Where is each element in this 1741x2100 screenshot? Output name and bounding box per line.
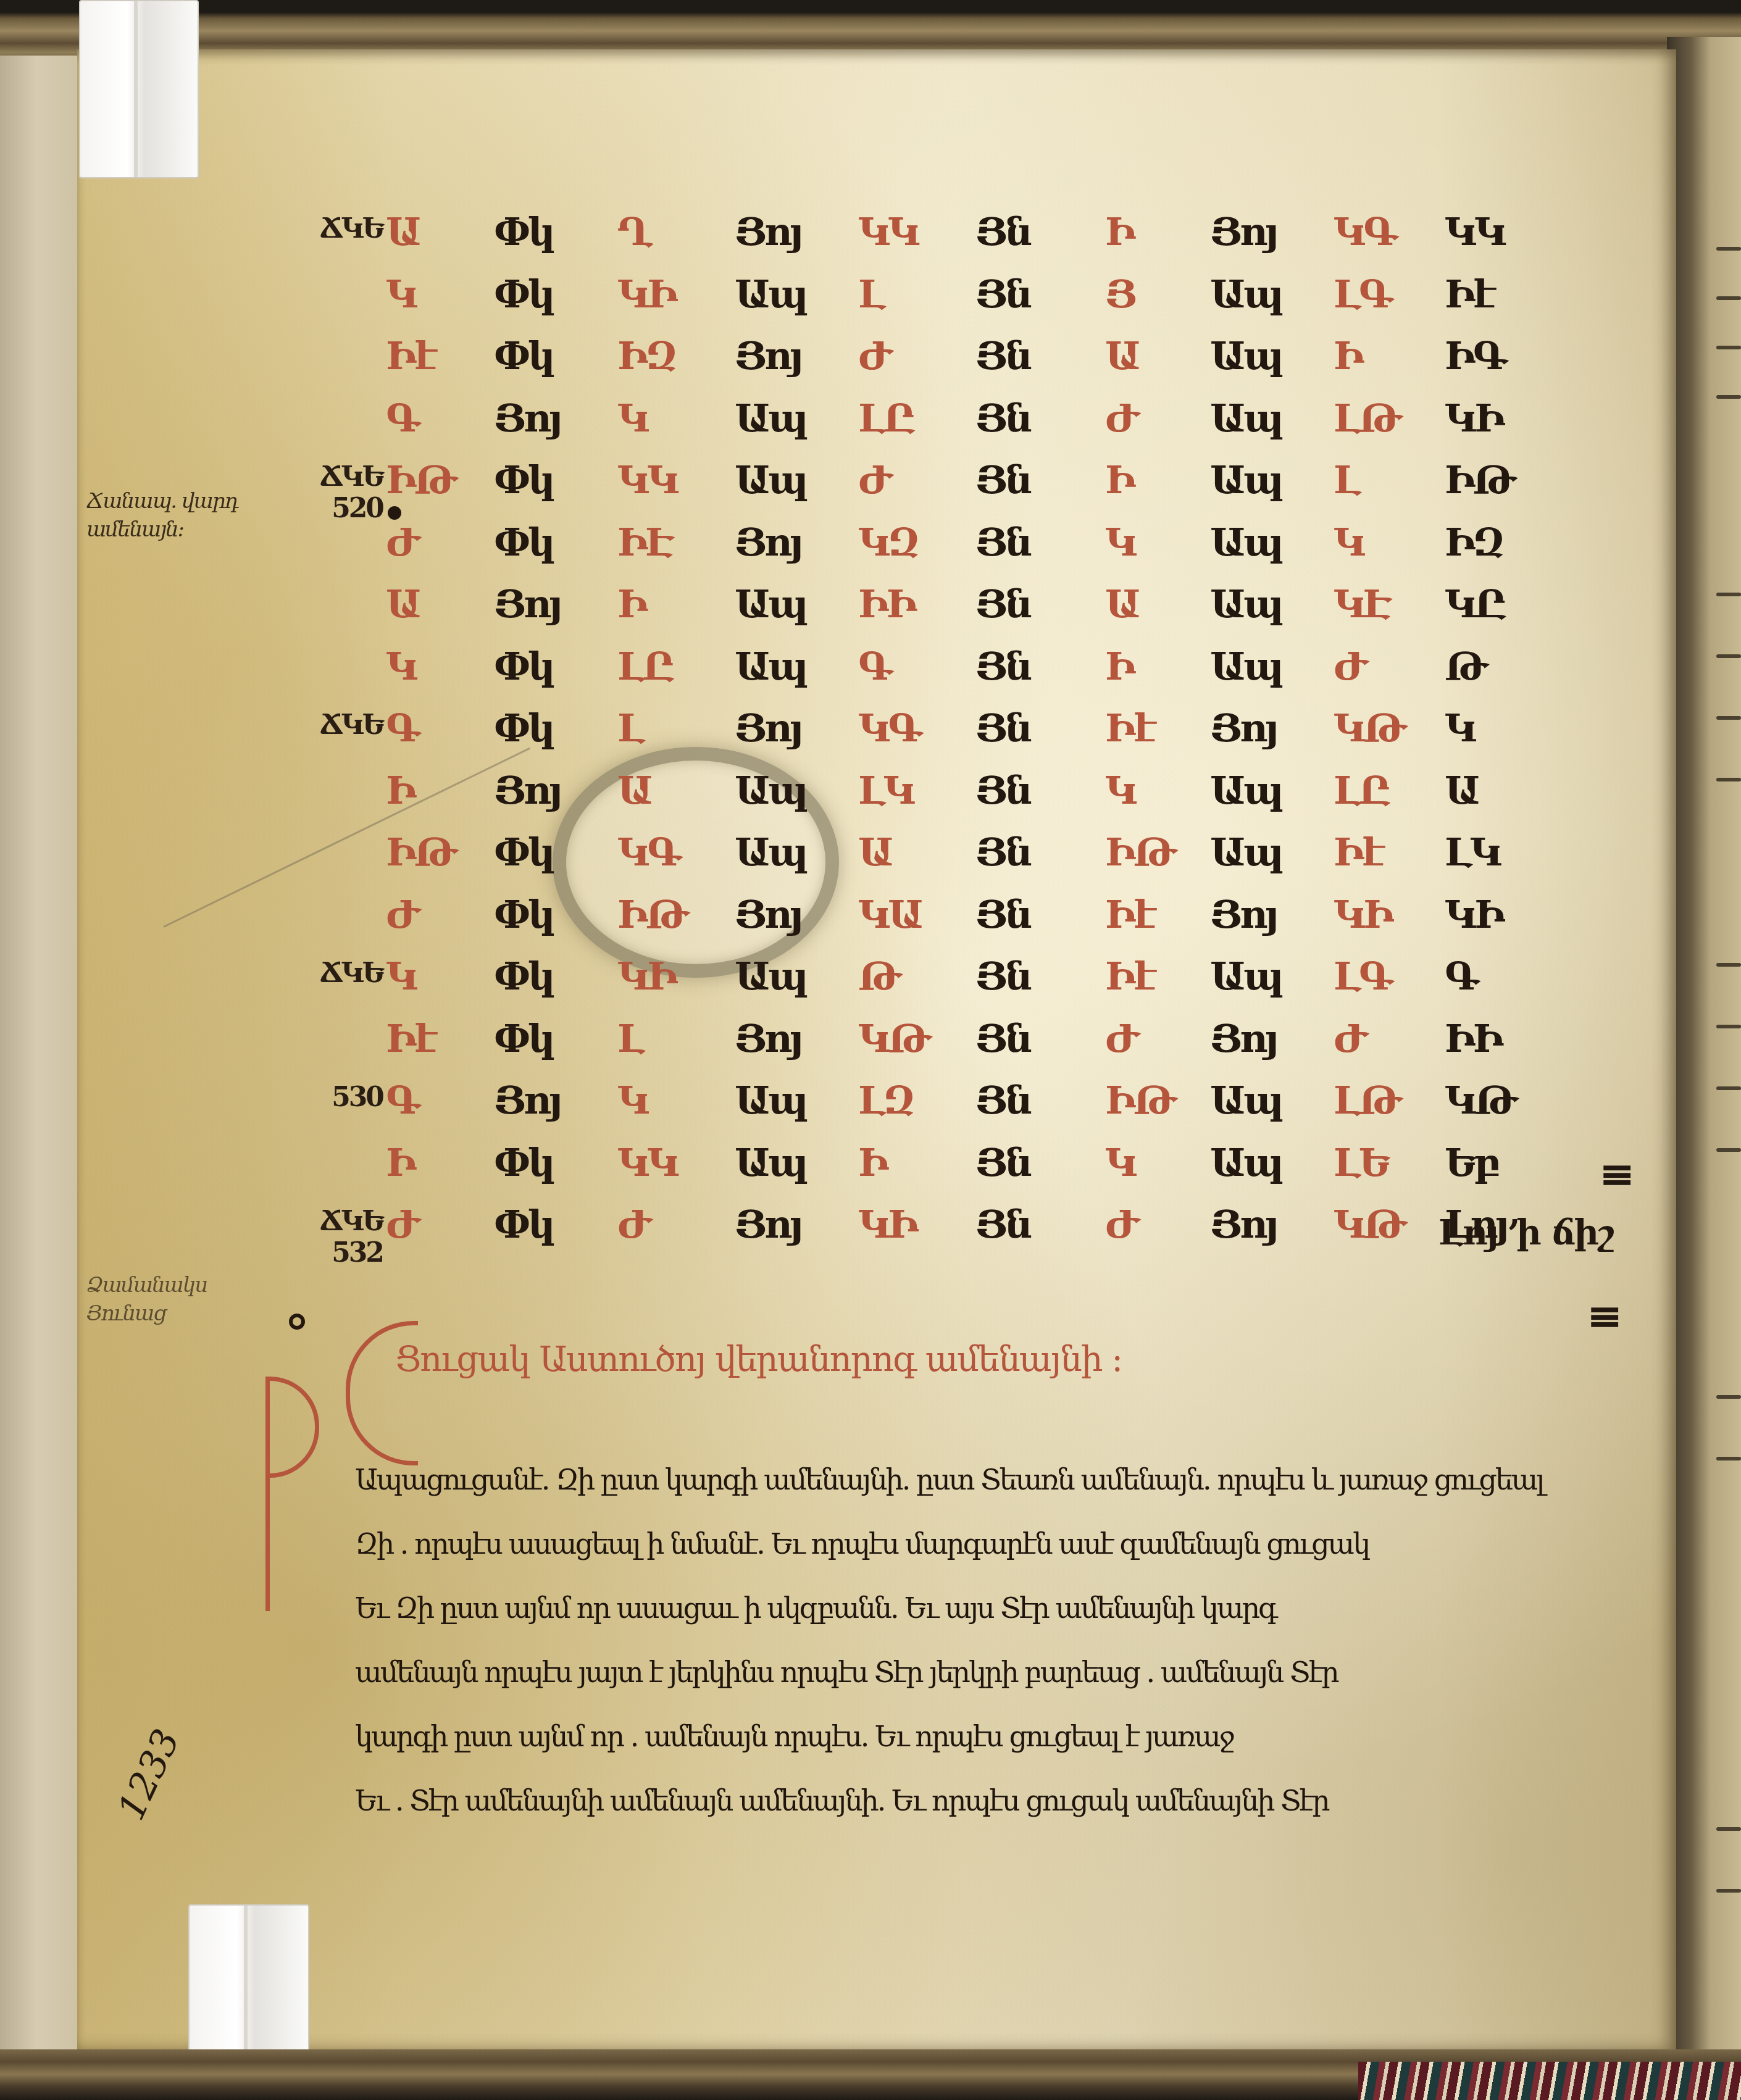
table-cell: ԼԸ bbox=[858, 399, 912, 438]
table-cell: Յոյ bbox=[494, 585, 561, 623]
table-cell: Ի bbox=[386, 772, 414, 810]
table-cell: Թ bbox=[1445, 648, 1485, 686]
table-cell: Ապ bbox=[735, 585, 806, 623]
table-cell: Փկ bbox=[494, 1206, 553, 1244]
table-cell: Կ bbox=[1334, 523, 1363, 562]
table-cell: Ապ bbox=[1210, 1081, 1282, 1120]
table-cell: ԼԿ bbox=[858, 772, 913, 810]
table-cell: Ի bbox=[1334, 337, 1362, 375]
table-cell: ԻԹ bbox=[1105, 833, 1174, 872]
adjacent-left-page bbox=[0, 56, 77, 2056]
row-label: ՃԿԵ 520 bbox=[272, 461, 383, 524]
table-cell: Լ bbox=[1334, 461, 1359, 499]
table-cell: Փկ bbox=[494, 275, 553, 314]
table-cell: ԿԳ bbox=[858, 709, 920, 748]
table-cell: Ժ bbox=[1105, 1020, 1137, 1058]
table-cell: ԻԻ bbox=[1445, 1020, 1501, 1058]
table-cell: Ապ bbox=[735, 461, 806, 499]
table-cell: ԼԳ bbox=[1334, 275, 1390, 314]
table-cell: ԼԹ bbox=[1334, 1081, 1400, 1120]
row-label: 530 bbox=[272, 1081, 383, 1113]
table-cell: ԼԶ bbox=[858, 1081, 912, 1120]
table-cell: Ապ bbox=[1210, 957, 1282, 996]
row-label: ՃԿԵ bbox=[272, 213, 383, 244]
table-cell: Գ bbox=[386, 399, 417, 438]
table-cell: Յոյ bbox=[494, 772, 561, 810]
table-cell: Իէ bbox=[386, 1020, 435, 1058]
table-cell: ԿԸ bbox=[1445, 585, 1504, 623]
table-cell: ԼԸ bbox=[1334, 772, 1388, 810]
table-cell: Յ bbox=[1105, 275, 1135, 314]
table-cell: Փկ bbox=[494, 1020, 553, 1058]
table-cell: ԻԹ bbox=[1105, 1081, 1174, 1120]
table-row: ՃԿԵԿՓկԿԻԱպԹՅնԻէԱպԼԳԳ bbox=[272, 957, 1568, 1019]
table-cell: ԼԿ bbox=[1445, 833, 1500, 872]
body-line: Եւ Զի ըստ այնմ որ ասացաւ ի սկզբանն. Եւ ա… bbox=[355, 1591, 1559, 1656]
table-cell: Կ bbox=[386, 648, 415, 686]
table-cell: Ի bbox=[1105, 213, 1134, 251]
table-cell: Իէ bbox=[1105, 896, 1154, 934]
margin-note-right: Լոյ ՚ի ճիշ bbox=[1438, 1210, 1614, 1257]
body-initial-letter bbox=[265, 1377, 344, 1611]
table-cell: Յն bbox=[975, 833, 1030, 872]
table-cell: Յոյ bbox=[735, 337, 801, 375]
body-text: Ապացուցանէ. Զի ըստ կարգի ամենայնի. ըստ Տ… bbox=[355, 1463, 1559, 1848]
table-cell: Ա bbox=[1105, 337, 1138, 375]
table-row: ԻԹՓկԿԳԱպԱՅնԻԹԱպԻէԼԿ bbox=[272, 833, 1568, 895]
margin-note-line: Ձամանակս bbox=[86, 1272, 207, 1300]
table-cell: Յն bbox=[975, 585, 1030, 623]
table-cell: Յն bbox=[975, 213, 1030, 251]
table-cell: ԻԹ bbox=[617, 896, 687, 934]
table-cell: Յոյ bbox=[735, 1206, 801, 1244]
table-cell: Ի bbox=[858, 1144, 887, 1182]
margin-note-line: Յունաց bbox=[86, 1300, 207, 1328]
table-cell: Կ bbox=[386, 275, 415, 314]
table-cell: Ժ bbox=[858, 461, 890, 499]
ornament-circle bbox=[289, 1314, 305, 1330]
table-cell: Փկ bbox=[494, 896, 553, 934]
table-cell: Ապ bbox=[735, 1081, 806, 1120]
table-cell: Ապ bbox=[1210, 461, 1282, 499]
adjacent-right-page bbox=[1667, 37, 1741, 2056]
table-cell: ԿԹ bbox=[858, 1020, 929, 1058]
support-textile bbox=[1358, 2062, 1741, 2100]
table-cell: Ապ bbox=[735, 957, 806, 996]
table-row: ՃԿԵԳՓկԼՅոյԿԳՅնԻէՅոյԿԹԿ bbox=[272, 709, 1568, 771]
table-cell: ԿԿ bbox=[617, 1144, 677, 1182]
table-cell: Եբ bbox=[1445, 1144, 1498, 1182]
table-cell: Յոյ bbox=[735, 709, 801, 748]
table-cell: Փկ bbox=[494, 213, 553, 251]
table-cell: ԿԷ bbox=[1334, 585, 1389, 623]
table-row: ԱՅոյԻԱպԻԻՅնԱԱպԿԷԿԸ bbox=[272, 585, 1568, 647]
table-cell: ԿԿ bbox=[1445, 213, 1504, 251]
table-row: ԻէՓկԻԶՅոյԺՅնԱԱպԻԻԳ bbox=[272, 337, 1568, 399]
table-cell: Ապ bbox=[735, 833, 806, 872]
table-cell: Ժ bbox=[1334, 648, 1365, 686]
table-cell: Յն bbox=[975, 1144, 1030, 1182]
table-cell: ԿԻ bbox=[617, 957, 675, 996]
margin-note-line: ամենայն: bbox=[86, 516, 238, 544]
table-cell: Գ bbox=[386, 709, 417, 748]
table-cell: Ապ bbox=[1210, 585, 1282, 623]
table-cell: ԻԹ bbox=[386, 461, 455, 499]
table-row: 530ԳՅոյԿԱպԼԶՅնԻԹԱպԼԹԿԹ bbox=[272, 1081, 1568, 1143]
body-line: Եւ . Տէր ամենայնի ամենայն ամենայնի. Եւ ո… bbox=[355, 1784, 1559, 1848]
table-cell: ԻԶ bbox=[1445, 523, 1502, 562]
table-cell: Կ bbox=[1105, 772, 1135, 810]
table-cell: Ժ bbox=[386, 1206, 417, 1244]
table-cell: Ապ bbox=[735, 648, 806, 686]
table-cell: Յոյ bbox=[1210, 1206, 1277, 1244]
table-cell: Ապ bbox=[1210, 648, 1282, 686]
table-cell: ԿԹ bbox=[1334, 709, 1404, 748]
table-cell: Ապ bbox=[735, 275, 806, 314]
table-cell: Յոյ bbox=[735, 896, 801, 934]
table-row: ԻՓկԿԿԱպԻՅնԿԱպԼԵԵբ bbox=[272, 1144, 1568, 1206]
table-cell: Ա bbox=[386, 585, 419, 623]
table-cell: ԿԿ bbox=[617, 461, 677, 499]
body-line: Ապացուցանէ. Զի ըստ կարգի ամենայնի. ըստ Տ… bbox=[355, 1463, 1559, 1527]
table-cell: Կ bbox=[617, 1081, 647, 1120]
table-cell: ԿԻ bbox=[1334, 896, 1392, 934]
table-cell: Ղ bbox=[617, 213, 650, 251]
table-cell: Ապ bbox=[1210, 337, 1282, 375]
table-cell: ԿԻ bbox=[1445, 896, 1503, 934]
table-cell: ԻԶ bbox=[617, 337, 675, 375]
table-cell: Յն bbox=[975, 648, 1030, 686]
table-cell: ԿԻ bbox=[858, 1206, 916, 1244]
table-cell: ԿԿ bbox=[858, 213, 917, 251]
table-cell: Ապ bbox=[1210, 399, 1282, 438]
table-cell: Յն bbox=[975, 1081, 1030, 1120]
table-cell: Ապ bbox=[1210, 523, 1282, 562]
table-cell: Յն bbox=[975, 1020, 1030, 1058]
table-cell: Յոյ bbox=[494, 1081, 561, 1120]
page-clip-top bbox=[79, 0, 199, 178]
table-cell: Փկ bbox=[494, 337, 553, 375]
table-cell: Լ bbox=[858, 275, 883, 314]
table-cell: Փկ bbox=[494, 957, 553, 996]
table-cell: ԿԳ bbox=[1334, 213, 1395, 251]
table-cell: ԿԶ bbox=[858, 523, 917, 562]
table-cell: Ապ bbox=[735, 1144, 806, 1182]
table-cell: ԻԹ bbox=[386, 833, 455, 872]
margin-note-line: Ճանապ. վարդ bbox=[86, 488, 238, 516]
row-label: ՃԿԵ bbox=[272, 957, 383, 989]
table-cell: Ժ bbox=[386, 523, 417, 562]
table-cell: Յն bbox=[975, 772, 1030, 810]
table-row: ՃԿԵ 520ԻԹՓկԿԿԱպԺՅնԻԱպԼԻԹ bbox=[272, 461, 1568, 523]
table-cell: Ա bbox=[386, 213, 419, 251]
table-cell: Փկ bbox=[494, 523, 553, 562]
table-cell: ԿԳ bbox=[617, 833, 679, 872]
table-cell: Իէ bbox=[1334, 833, 1382, 872]
table-cell: Ա bbox=[1445, 772, 1478, 810]
body-line: ամենայն որպէս յայտ է յերկինս որպէս Տէր յ… bbox=[355, 1656, 1559, 1720]
table-cell: Կ bbox=[1105, 523, 1135, 562]
table-cell: Ժ bbox=[858, 337, 890, 375]
table-cell: Յոյ bbox=[735, 1020, 801, 1058]
table-row: ՃԿԵԱՓկՂՅոյԿԿՅնԻՅոյԿԳԿԿ bbox=[272, 213, 1568, 275]
table-cell: Իէ bbox=[1105, 957, 1154, 996]
table-cell: Յոյ bbox=[1210, 213, 1277, 251]
table-row: ԺՓկԻԹՅոյԿԱՅնԻէՅոյԿԻԿԻ bbox=[272, 896, 1568, 957]
body-line: կարգի ըստ այնմ որ . ամենայն որպէս. Եւ որ… bbox=[355, 1720, 1559, 1784]
table-cell: Կ bbox=[1445, 709, 1474, 748]
table-cell: Կ bbox=[617, 399, 647, 438]
table-row: ԺՓկԻԷՅոյԿԶՅնԿԱպԿԻԶ bbox=[272, 523, 1568, 585]
margin-marks-top: ≡ bbox=[1599, 1148, 1635, 1199]
rubric-heading: Ցուցակ Աստուծոյ վերանորոգ ամենայնի : bbox=[395, 1340, 1122, 1380]
table-cell: Փկ bbox=[494, 1144, 553, 1182]
table-cell: Յն bbox=[975, 461, 1030, 499]
table-cell: Փկ bbox=[494, 833, 553, 872]
table-cell: Փկ bbox=[494, 648, 553, 686]
table-cell: Իէ bbox=[1445, 275, 1493, 314]
table-row: ԿՓկԼԸԱպԳՅնԻԱպԺԹ bbox=[272, 648, 1568, 709]
row-label: ՃԿԵ 532 bbox=[272, 1206, 383, 1269]
table-cell: Յոյ bbox=[1210, 896, 1277, 934]
table-cell: Թ bbox=[858, 957, 899, 996]
margin-marks-bottom: ≡ bbox=[1587, 1290, 1623, 1341]
table-cell: Յն bbox=[975, 896, 1030, 934]
table-cell: Յոյ bbox=[735, 523, 801, 562]
table-cell: Յն bbox=[975, 523, 1030, 562]
table-cell: Իէ bbox=[386, 337, 435, 375]
table-cell: ԿԱ bbox=[858, 896, 922, 934]
table-cell: Ապ bbox=[1210, 833, 1282, 872]
table-cell: ԼԹ bbox=[1334, 399, 1400, 438]
table-cell: Ապ bbox=[1210, 275, 1282, 314]
table-cell: ԼԵ bbox=[1334, 1144, 1388, 1182]
table-cell: Յն bbox=[975, 1206, 1030, 1244]
table-cell: Ա bbox=[858, 833, 891, 872]
table-cell: Ժ bbox=[1334, 1020, 1365, 1058]
table-cell: Կ bbox=[1105, 1144, 1135, 1182]
table-cell: ԿԹ bbox=[1334, 1206, 1404, 1244]
table-cell: Յն bbox=[975, 957, 1030, 996]
table-cell: Փկ bbox=[494, 461, 553, 499]
margin-note-left-1: Ճանապ. վարդ ամենայն: bbox=[86, 488, 238, 544]
table-row: ԻէՓկԼՅոյԿԹՅնԺՅոյԺԻԻ bbox=[272, 1020, 1568, 1081]
table-cell: Գ bbox=[1445, 957, 1476, 996]
table-cell: ԿԹ bbox=[1445, 1081, 1515, 1120]
row-label: ՃԿԵ bbox=[272, 709, 383, 741]
margin-note-left-2: Ձամանակս Յունաց bbox=[86, 1272, 207, 1328]
table-cell: Ժ bbox=[617, 1206, 649, 1244]
table-cell: ԼԸ bbox=[617, 648, 672, 686]
table-cell: Ժ bbox=[1105, 399, 1137, 438]
table-cell: Ապ bbox=[735, 772, 806, 810]
punctuation-dot bbox=[388, 506, 401, 520]
table-cell: Յն bbox=[975, 275, 1030, 314]
body-line: Զի . որպէս ասացեալ ի նմանէ. Եւ որպէս մար… bbox=[355, 1527, 1559, 1591]
table-cell: ԿԻ bbox=[1445, 399, 1503, 438]
table-cell: Յոյ bbox=[735, 213, 801, 251]
table-cell: Յն bbox=[975, 399, 1030, 438]
table-row: ՃԿԵ 532ԺՓկԺՅոյԿԻՅնԺՅոյԿԹԼոյ bbox=[272, 1206, 1568, 1267]
table-cell: Իէ bbox=[1105, 709, 1154, 748]
table-cell: Յն bbox=[975, 337, 1030, 375]
table-cell: Ի bbox=[1105, 648, 1134, 686]
table-cell: ԻԹ bbox=[1445, 461, 1514, 499]
table-row: ԿՓկԿԻԱպԼՅնՅԱպԼԳԻէ bbox=[272, 275, 1568, 337]
table-cell: Ա bbox=[1105, 585, 1138, 623]
table-cell: Ապ bbox=[1210, 772, 1282, 810]
table-cell: ԿԻ bbox=[617, 275, 675, 314]
table-cell: ԻԻ bbox=[858, 585, 915, 623]
table-cell: ԼԳ bbox=[1334, 957, 1390, 996]
table-row: ԳՅոյԿԱպԼԸՅնԺԱպԼԹԿԻ bbox=[272, 399, 1568, 461]
table-cell: Գ bbox=[858, 648, 890, 686]
table-cell: ԻԳ bbox=[1445, 337, 1505, 375]
table-cell: ԻԷ bbox=[617, 523, 672, 562]
table-cell: Ապ bbox=[735, 399, 806, 438]
table-cell: Յոյ bbox=[1210, 1020, 1277, 1058]
table-cell: Ի bbox=[1105, 461, 1134, 499]
table-cell: Ա bbox=[617, 772, 651, 810]
table-cell: Յոյ bbox=[1210, 709, 1277, 748]
table-cell: Ժ bbox=[386, 896, 417, 934]
table-cell: Յոյ bbox=[494, 399, 561, 438]
table-cell: Յն bbox=[975, 709, 1030, 748]
table-cell: Լ bbox=[617, 1020, 643, 1058]
table-cell: Փկ bbox=[494, 709, 553, 748]
table-cell: Ապ bbox=[1210, 1144, 1282, 1182]
table-cell: Ի bbox=[617, 585, 646, 623]
table-cell: Գ bbox=[386, 1081, 417, 1120]
table-cell: Լ bbox=[617, 709, 643, 748]
table-cell: Կ bbox=[386, 957, 415, 996]
table-cell: Ժ bbox=[1105, 1206, 1137, 1244]
table-cell: Ի bbox=[386, 1144, 414, 1182]
table-row: ԻՅոյԱԱպԼԿՅնԿԱպԼԸԱ bbox=[272, 772, 1568, 833]
